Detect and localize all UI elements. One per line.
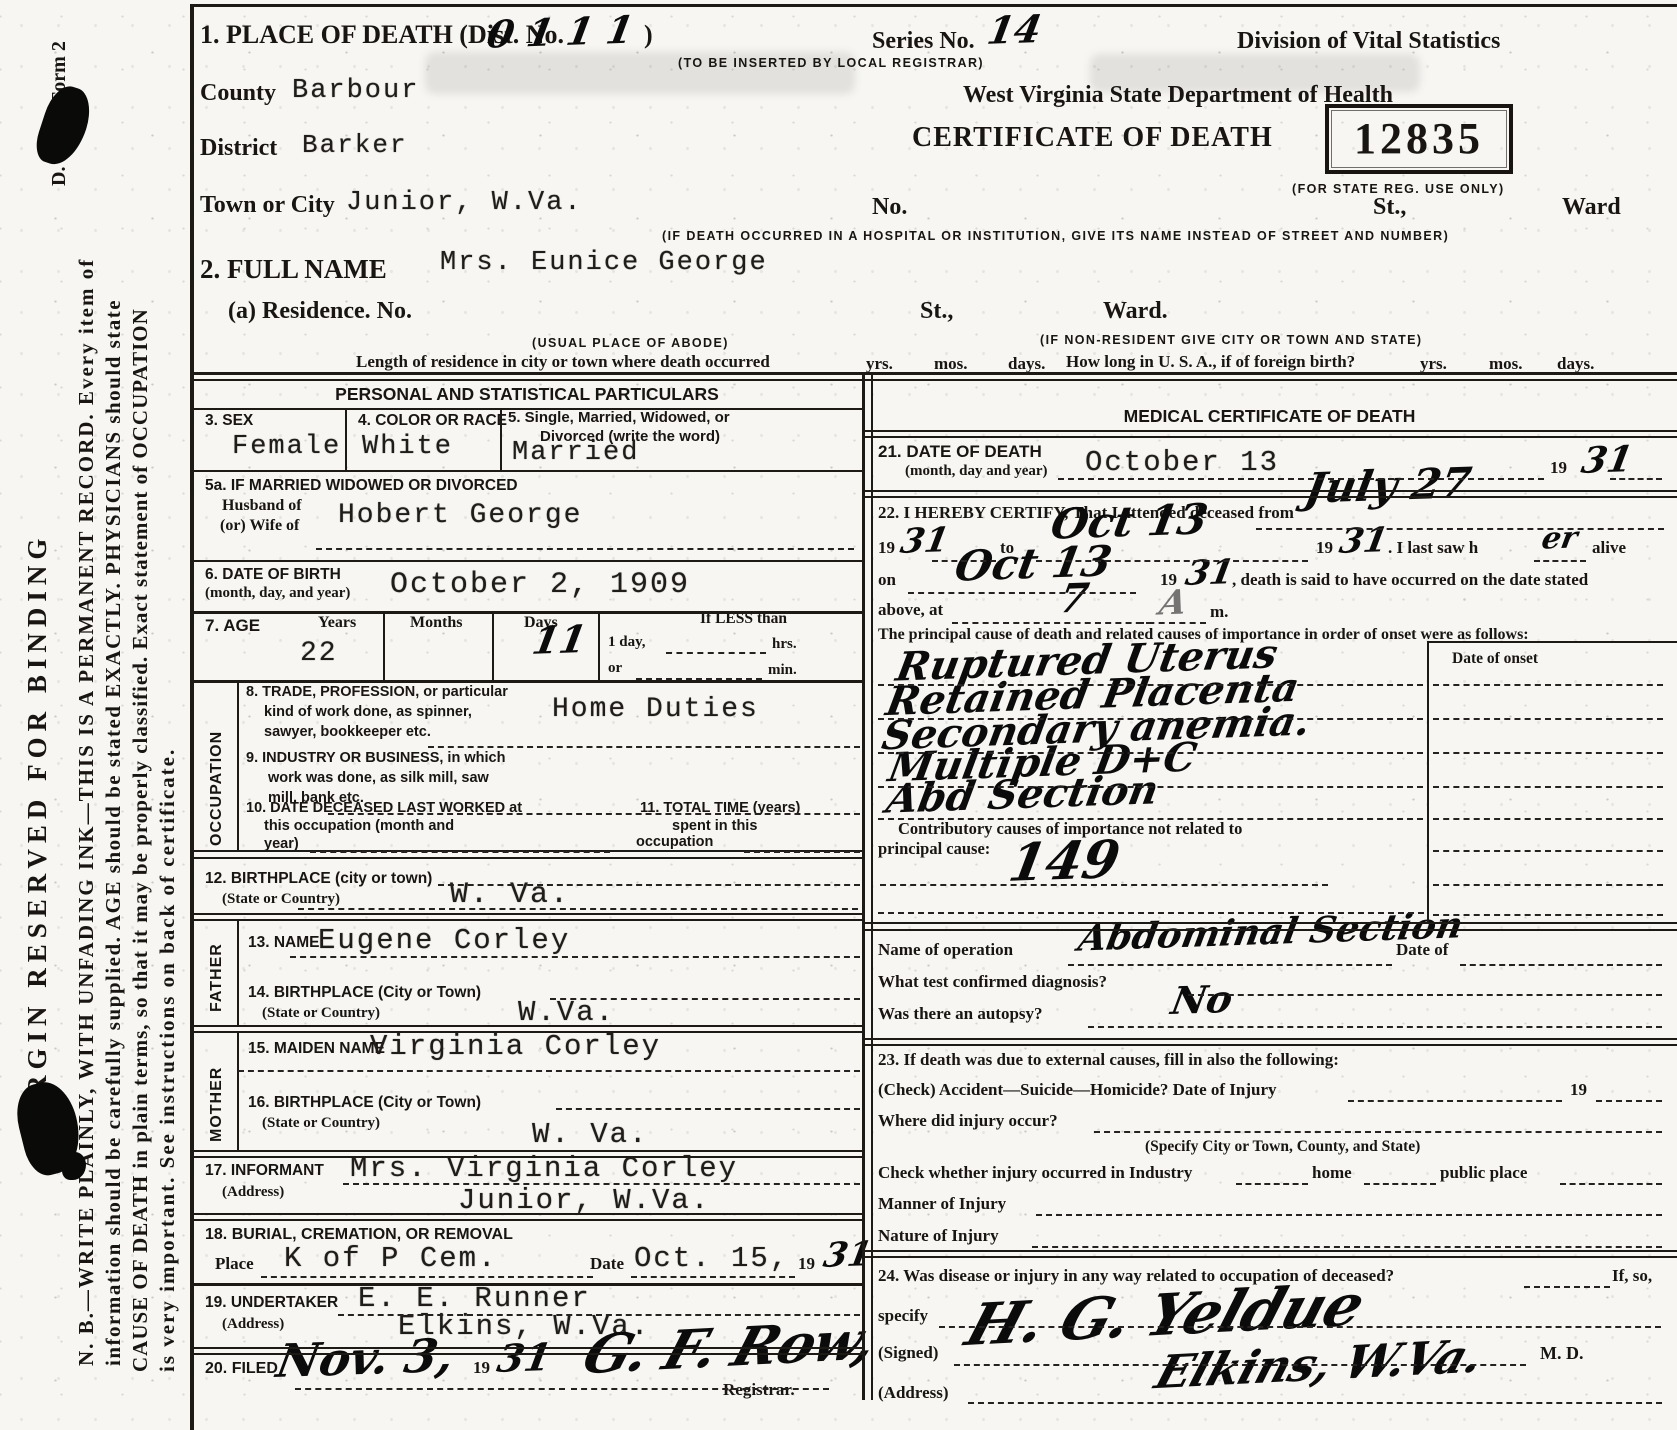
division-title: Division of Vital Statistics — [1237, 28, 1500, 56]
rule-line — [192, 611, 862, 614]
district-value: Barker — [302, 131, 408, 161]
contributory-label-2: principal cause: — [878, 840, 990, 859]
fill-line — [1138, 622, 1206, 624]
husband-of-label: Husband of — [222, 497, 302, 515]
or-label: or — [608, 660, 622, 677]
rule-line — [192, 372, 1677, 375]
one-day-label: 1 day, — [608, 634, 646, 651]
fill-line — [878, 818, 1423, 820]
rule-line — [192, 560, 862, 562]
external-causes-label: 23. If death was due to external causes,… — [878, 1050, 1339, 1070]
year-19-prefix: 19 — [473, 1358, 490, 1378]
mother-birthplace-label: 16. BIRTHPLACE (City or Town) — [248, 1094, 481, 1112]
fill-line — [631, 1276, 795, 1278]
fill-line — [932, 560, 996, 562]
fill-line — [550, 998, 860, 1000]
total-time-label-3: occupation — [636, 834, 713, 851]
test-label: What test confirmed diagnosis? — [878, 972, 1107, 992]
divider-line — [383, 611, 385, 680]
fill-line — [1236, 1183, 1308, 1185]
fill-line — [1433, 818, 1663, 820]
alive-label: alive — [1592, 538, 1626, 558]
attended-from-year: 31 — [897, 521, 952, 562]
divider-line — [500, 408, 502, 470]
fill-line — [878, 912, 1424, 914]
last-saw-her: er — [1539, 521, 1580, 557]
undertaker-address-label: (Address) — [222, 1316, 284, 1333]
mos-label: mos. — [1489, 354, 1523, 374]
street-no-label: No. — [872, 194, 907, 222]
fill-line — [878, 684, 1423, 686]
county-label: County — [200, 80, 276, 108]
signed-label: (Signed) — [878, 1343, 938, 1363]
rule-line — [862, 922, 1677, 924]
town-label: Town or City — [200, 192, 335, 220]
birthplace-sub-label: (State or Country) — [222, 891, 340, 908]
rule-line — [862, 436, 1677, 438]
rule-line — [192, 470, 862, 472]
physician-address-label: (Address) — [878, 1383, 949, 1403]
date-of-death-sub: (month, day and year) — [905, 463, 1048, 480]
rule-line — [862, 496, 1677, 498]
divider-line — [237, 1031, 239, 1150]
total-time-label-2: spent in this — [672, 818, 757, 835]
full-name-value: Mrs. Eunice George — [440, 248, 768, 279]
father-birthplace-sub: (State or Country) — [262, 1005, 380, 1022]
fill-line — [338, 1314, 860, 1316]
industry-label-2: work was done, as silk mill, saw — [268, 770, 489, 787]
fill-line — [1094, 1131, 1662, 1133]
fill-line — [878, 786, 1423, 788]
industry-label: 9. INDUSTRY OR BUSINESS, in which — [246, 750, 505, 767]
age-years-value: 22 — [300, 638, 338, 670]
rule-line — [192, 857, 862, 859]
rule-line — [862, 1044, 1677, 1046]
burial-date-label: Date — [590, 1254, 624, 1274]
death-certificate-page: D. V. S.—Form 2 MARGIN RESERVED FOR BIND… — [0, 0, 1677, 1430]
mother-birthplace-value: W. Va. — [532, 1118, 648, 1151]
rule-line — [192, 680, 862, 683]
divider-line — [237, 919, 239, 1025]
rule-line — [862, 1250, 1677, 1252]
birthplace-label: 12. BIRTHPLACE (city or town) — [205, 870, 432, 888]
fill-line — [290, 956, 860, 958]
rule-line — [862, 430, 1677, 432]
residence-street-label: St., — [920, 298, 953, 326]
series-number-label: Series No. — [872, 28, 975, 56]
informant-label: 17. INFORMANT — [205, 1162, 324, 1180]
operation-date-label: Date of — [1396, 940, 1448, 960]
home-label: home — [1312, 1163, 1352, 1183]
trade-value: Home Duties — [552, 694, 759, 726]
mos-label: mos. — [934, 354, 968, 374]
year-19-prefix: 19 — [1570, 1080, 1587, 1100]
on-label: on — [878, 570, 896, 590]
year-19-prefix: 19 — [878, 538, 895, 558]
local-registrar-note: (TO BE INSERTED BY LOCAL REGISTRAR) — [678, 56, 984, 70]
fill-line — [1256, 528, 1664, 530]
rule-line — [862, 1038, 1677, 1040]
fill-line — [316, 548, 854, 550]
date-of-death-value: October 13 — [1085, 446, 1279, 479]
rule-line — [192, 1025, 862, 1027]
father-name-label: 13. NAME — [248, 934, 320, 952]
fill-line — [1433, 684, 1663, 686]
days-label: days. — [1008, 354, 1045, 374]
paren-close: ) — [644, 20, 653, 50]
fill-line — [968, 1402, 1662, 1404]
divider-line — [862, 372, 865, 1400]
fill-line — [636, 678, 762, 680]
divider-line — [871, 372, 873, 1400]
fill-line — [744, 851, 860, 853]
nature-injury-label: Nature of Injury — [878, 1226, 999, 1246]
margin-note-line1: N. B.—WRITE PLAINLY, WITH UNFADING INK—T… — [74, 258, 98, 1366]
rule-line — [192, 1219, 862, 1221]
race-value: White — [362, 432, 453, 463]
district-label: District — [200, 135, 277, 163]
residence-ward-label: Ward. — [1103, 298, 1168, 326]
registration-number-box: 12835 — [1325, 104, 1513, 174]
cause-of-death-5: Abd Section — [883, 767, 1162, 822]
personal-particulars-title: PERSONAL AND STATISTICAL PARTICULARS — [192, 384, 862, 404]
maiden-name-value: Virginia Corley — [370, 1030, 661, 1063]
length-residence-label: Length of residence in city or town wher… — [356, 352, 770, 372]
last-worked-label-2: this occupation (month and — [264, 818, 454, 835]
father-name-value: Eugene Corley — [318, 924, 570, 957]
fill-line — [261, 1276, 593, 1278]
am-pm-value: A — [1156, 584, 1190, 624]
rule-line — [192, 1347, 862, 1349]
abode-note: (USUAL PLACE OF ABODE) — [532, 336, 729, 350]
fill-line — [438, 884, 860, 886]
dob-label: 6. DATE OF BIRTH — [205, 566, 341, 584]
public-place-label: public place — [1440, 1163, 1527, 1183]
burial-place-label: Place — [215, 1254, 254, 1274]
sex-label: 3. SEX — [205, 412, 253, 430]
hrs-label: hrs. — [772, 636, 797, 653]
rule-line — [190, 4, 1677, 7]
above-at-label: above, at — [878, 600, 943, 620]
md-label: M. D. — [1540, 1343, 1584, 1364]
full-name-label: 2. FULL NAME — [200, 254, 387, 285]
trade-label: 8. TRADE, PROFESSION, or particular — [246, 684, 508, 701]
date-of-death-label: 21. DATE OF DEATH — [878, 442, 1042, 462]
residence-label: (a) Residence. No. — [228, 298, 412, 326]
burial-place-value: K of P Cem. — [284, 1242, 497, 1275]
divider-line — [190, 4, 194, 1430]
year-19-prefix: 19 — [1316, 538, 1333, 558]
divider-line — [492, 611, 494, 680]
autopsy-value: No — [1168, 977, 1236, 1023]
divider-line — [345, 408, 347, 470]
occupation-side-label: OCCUPATION — [208, 731, 226, 846]
fill-line — [343, 1183, 860, 1185]
fill-line — [1433, 914, 1663, 916]
rule-line — [862, 929, 1677, 931]
rule-line — [192, 1150, 862, 1152]
sex-value: Female — [232, 432, 341, 463]
certificate-title: CERTIFICATE OF DEATH — [912, 122, 1273, 154]
m-label: m. — [1210, 602, 1228, 622]
fill-line — [1534, 560, 1586, 562]
where-injury-label: Where did injury occur? — [878, 1111, 1058, 1131]
fill-line — [428, 746, 860, 748]
specify-city-label: (Specify City or Town, County, and State… — [1145, 1138, 1420, 1156]
rule-line — [192, 919, 862, 921]
divider-line — [598, 611, 600, 680]
maiden-name-label: 15. MAIDEN NAME — [248, 1040, 385, 1058]
rule-line — [862, 1256, 1677, 1258]
fill-line — [1524, 1286, 1610, 1288]
fill-line — [939, 1326, 1661, 1328]
rule-line — [192, 1213, 862, 1215]
age-months-label: Months — [410, 614, 462, 632]
registration-number: 12835 — [1354, 114, 1484, 163]
fill-line — [328, 813, 860, 815]
rule-line — [192, 913, 862, 915]
margin-note-line3: CAUSE OF DEATH in plain terms, so that i… — [128, 308, 152, 1372]
last-saw-label: . I last saw h — [1388, 538, 1478, 558]
fill-line — [238, 1070, 860, 1072]
wife-of-label: (or) Wife of — [220, 517, 299, 535]
dob-value: October 2, 1909 — [390, 568, 690, 603]
fill-line — [1364, 1183, 1436, 1185]
rule-line — [192, 1031, 862, 1033]
year-19-prefix: 19 — [798, 1254, 815, 1274]
fill-line — [878, 718, 1423, 720]
how-long-usa-label: How long in U. S. A., if of foreign birt… — [1066, 352, 1355, 372]
mother-birthplace-sub: (State or Country) — [262, 1115, 380, 1132]
ward-label: Ward — [1562, 194, 1621, 222]
spouse-value: Hobert George — [338, 500, 582, 532]
marital-label: 5. Single, Married, Widowed, or — [508, 409, 730, 426]
specify-label: specify — [878, 1306, 928, 1326]
fill-line — [1036, 1214, 1662, 1216]
trade-label-3: sawyer, bookkeeper etc. — [264, 724, 431, 741]
fill-line — [666, 652, 766, 654]
days-label: days. — [1557, 354, 1594, 374]
district-number-value: 0111 — [484, 7, 651, 56]
margin-binding-note: MARGIN RESERVED FOR BINDING — [22, 533, 53, 1152]
age-days-value: 11 — [529, 617, 590, 663]
year-19-prefix: 19 — [1550, 458, 1567, 478]
divider-line — [1427, 641, 1429, 923]
fill-line — [1433, 786, 1663, 788]
death-stated-label: , death is said to have occurred on the … — [1232, 570, 1588, 590]
fill-line — [1058, 478, 1544, 480]
fill-line — [298, 908, 858, 910]
fill-line — [880, 884, 1328, 886]
fill-line — [295, 1388, 565, 1390]
fill-line — [954, 1364, 1526, 1366]
rule-line — [192, 1283, 862, 1286]
fill-line — [1460, 964, 1662, 966]
attended-from-value: July 27 — [1301, 459, 1475, 513]
manner-injury-label: Manner of Injury — [878, 1194, 1006, 1214]
fill-line — [1433, 850, 1663, 852]
fill-line — [1610, 478, 1662, 480]
fill-line — [1348, 1100, 1562, 1102]
fill-line — [1032, 1246, 1662, 1248]
injury-industry-label: Check whether injury occurred in Industr… — [878, 1163, 1192, 1183]
rule-line — [192, 1156, 862, 1158]
divider-line — [237, 680, 239, 850]
marital-value: Married — [512, 438, 639, 469]
trade-label-2: kind of work done, as spinner, — [264, 704, 472, 721]
rule-line — [192, 1353, 862, 1355]
rule-line — [1427, 641, 1677, 643]
margin-note-line4: is very important. See instructions on b… — [155, 748, 179, 1372]
fill-line — [1068, 964, 1392, 966]
fill-line — [1596, 1100, 1662, 1102]
fill-line — [1433, 884, 1663, 886]
age-label: 7. AGE — [205, 616, 260, 636]
yrs-label: yrs. — [866, 354, 893, 374]
nonresident-note: (IF NON-RESIDENT GIVE CITY OR TOWN AND S… — [1040, 333, 1422, 347]
dob-sub-label: (month, day, and year) — [205, 585, 350, 602]
town-value: Junior, W.Va. — [346, 188, 583, 219]
date-of-onset-label: Date of onset — [1452, 650, 1538, 668]
operation-label: Name of operation — [878, 940, 1013, 960]
street-label: St., — [1373, 194, 1406, 222]
fill-line — [1188, 994, 1662, 996]
ink-blot — [31, 81, 98, 171]
fill-line — [556, 1108, 860, 1110]
father-birthplace-label: 14. BIRTHPLACE (City or Town) — [248, 984, 481, 1002]
fill-line — [1036, 560, 1308, 562]
county-value: Barbour — [292, 76, 419, 107]
rule-line — [192, 408, 862, 410]
yrs-label: yrs. — [1420, 354, 1447, 374]
if-so-label: If, so, — [1612, 1266, 1652, 1286]
burial-date-value: Oct. 15, — [634, 1242, 789, 1275]
fill-line — [1433, 718, 1663, 720]
age-years-label: Years — [318, 614, 356, 632]
fill-line — [878, 752, 1423, 754]
fill-line — [571, 1388, 829, 1390]
min-label: min. — [768, 662, 797, 679]
informant-address-label: (Address) — [222, 1184, 284, 1201]
if-married-label: 5a. IF MARRIED WIDOWED OR DIVORCED — [205, 477, 518, 495]
mother-side-label: MOTHER — [208, 1067, 226, 1142]
undertaker-label: 19. UNDERTAKER — [205, 1294, 338, 1312]
autopsy-label: Was there an autopsy? — [878, 1004, 1043, 1024]
race-label: 4. COLOR OR RACE — [358, 412, 507, 430]
fill-line — [1433, 752, 1663, 754]
fill-line — [1560, 1183, 1662, 1185]
medical-certificate-title: MEDICAL CERTIFICATE OF DEATH — [862, 406, 1677, 426]
fill-line — [310, 851, 610, 853]
fill-line — [952, 622, 1152, 624]
filed-label: 20. FILED — [205, 1360, 278, 1378]
father-side-label: FATHER — [208, 943, 226, 1012]
margin-note-line2: information should be carefully supplied… — [101, 299, 125, 1366]
rule-line — [862, 490, 1677, 492]
filed-year-value: 31 — [494, 1335, 555, 1381]
rule-line — [192, 379, 1677, 381]
filed-date-value: Nov. 3, — [273, 1329, 458, 1388]
check-accident-label: (Check) Accident—Suicide—Homicide? Date … — [878, 1080, 1277, 1100]
series-number-value: 14 — [984, 7, 1045, 53]
fill-line — [908, 592, 1136, 594]
fill-line — [1088, 1026, 1662, 1028]
death-year-value: 31 — [1578, 439, 1636, 482]
hospital-note: (IF DEATH OCCURRED IN A HOSPITAL OR INST… — [662, 229, 1449, 243]
